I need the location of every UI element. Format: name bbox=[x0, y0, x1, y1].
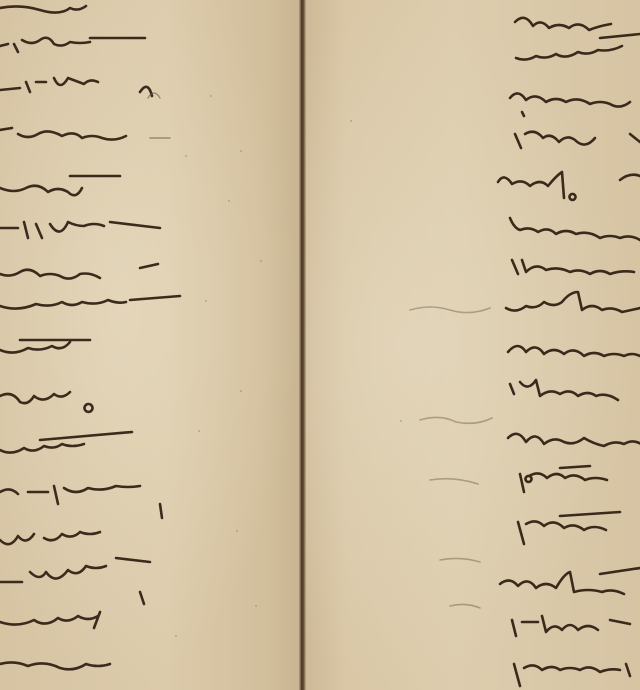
manuscript-spread bbox=[0, 0, 640, 690]
right-page-handwriting bbox=[0, 0, 640, 690]
